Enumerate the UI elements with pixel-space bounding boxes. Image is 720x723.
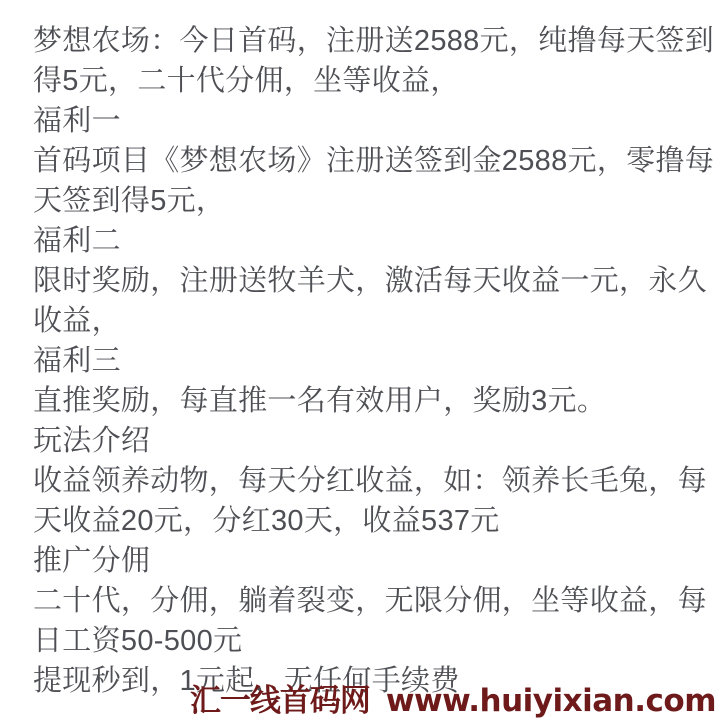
text-line: 天签到得5元，	[33, 181, 700, 221]
text-line: 首码项目《梦想农场》注册送签到金2588元，零撸每	[33, 141, 700, 181]
text-line: 限时奖励，注册送牧羊犬，激活每天收益一元，永久	[33, 261, 700, 301]
text-line-benefit-3-heading: 福利三	[33, 341, 700, 381]
text-line: 天收益20元，分红30天，收益537元	[33, 501, 700, 541]
text-line-gameplay-heading: 玩法介绍	[33, 421, 700, 461]
text-line: 直推奖励，每直推一名有效用户，奖励3元。	[33, 381, 700, 421]
text-line: 日工资50-500元	[33, 621, 700, 661]
watermark: 汇一线首码网 www.huiyixian.com	[190, 675, 716, 720]
text-line: 二十代，分佣，躺着裂变，无限分佣，坐等收益，每	[33, 581, 700, 621]
text-line: 收益领养动物，每天分红收益，如：领养长毛兔，每	[33, 461, 700, 501]
text-line-benefit-2-heading: 福利二	[33, 221, 700, 261]
watermark-site-url: www.huiyixian.com	[386, 683, 716, 719]
watermark-site-name: 汇一线首码网	[190, 675, 370, 720]
text-line-title: 梦想农场：今日首码，注册送2588元，纯撸每天签到	[33, 21, 700, 61]
promo-article: 梦想农场：今日首码，注册送2588元，纯撸每天签到 得5元，二十代分佣，坐等收益…	[0, 0, 720, 701]
text-line-benefit-1-heading: 福利一	[33, 101, 700, 141]
text-line: 得5元，二十代分佣，坐等收益，	[33, 61, 700, 101]
text-line: 收益，	[33, 301, 700, 341]
text-line-commission-heading: 推广分佣	[33, 541, 700, 581]
